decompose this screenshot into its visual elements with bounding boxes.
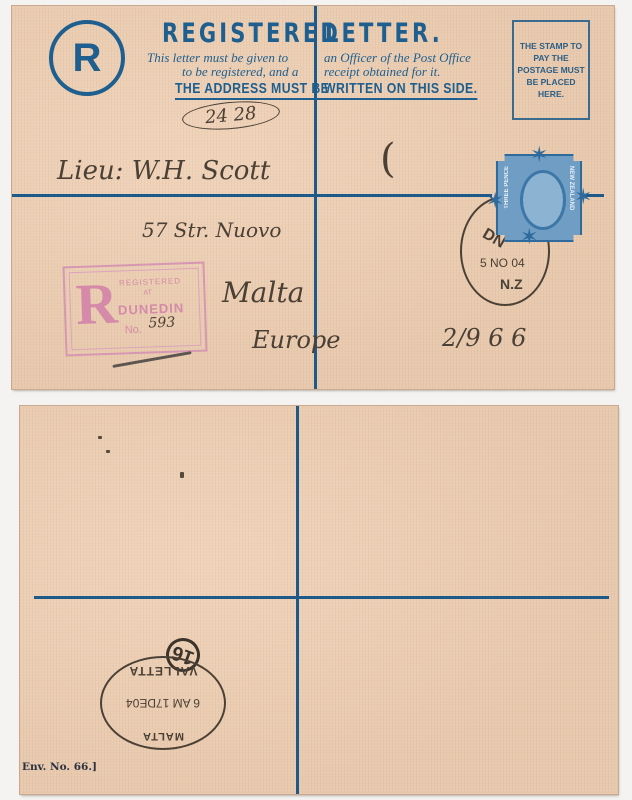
title-letter: LETTER. [325,18,443,49]
stamp-placement-box: THE STAMP TO PAY THE POSTAGE MUST BE PLA… [512,20,590,120]
postmark-country: MALTA [102,730,224,742]
valletta-postmark: MALTA 6 AM 17DE04 VALLETTA [100,656,226,750]
instruction-right-2: receipt obtained for it. [324,64,441,80]
star-icon: ✶ [530,144,548,166]
vertical-blue-rule [296,406,299,794]
label-no: No. [125,324,143,337]
handwritten-addressee: Lieu: W.H. Scott [57,156,270,186]
king-portrait-icon [520,170,566,230]
handwritten-bracket: ( [380,136,396,182]
stain [106,450,110,453]
handwritten-country: Europe [252,326,340,354]
handwritten-reference: 24 28 [181,98,281,133]
handwritten-number: 2/9 6 6 [442,324,526,352]
registration-r: R [75,275,119,334]
postmark-date: 6 AM 17DE04 [102,696,224,710]
stain [98,436,102,439]
star-icon: ✶ [486,190,504,212]
stain [180,472,184,478]
envelope-front: R REGISTERED LETTER. This letter must be… [12,6,614,389]
star-icon: ✶ [574,186,592,208]
registered-r-circle-icon: R [49,20,125,96]
envelope-number: Env. No. 66.] [22,761,97,773]
postmark-city: VALLETTA [102,664,224,678]
horizontal-blue-rule [34,596,609,599]
horizontal-blue-rule-mid [152,194,492,197]
handwritten-city: Malta [222,276,304,309]
title-registered: REGISTERED [162,18,341,49]
handwritten-street: 57 Str. Nuovo [142,218,281,242]
postmark-date: 5 NO 04 [480,256,525,270]
label-number: 593 [148,315,175,332]
horizontal-blue-rule-left [12,194,152,197]
star-icon: ✶ [520,226,538,248]
address-instruction-left: THE ADDRESS MUST BE [175,80,329,100]
postmark-country: N.Z [500,276,523,292]
envelope-back: 16 MALTA 6 AM 17DE04 VALLETTA Env. No. 6… [20,406,618,794]
r-letter: R [73,36,102,81]
stamp-value-text: THREE PENCE [504,166,510,209]
dunedin-registration-label: R REGISTERED AT DUNEDIN No. 593 [62,262,207,357]
label-at: AT [143,289,152,296]
new-zealand-stamp: THREE PENCE NEW ZEALAND [496,154,582,242]
address-instruction-right: WRITTEN ON THIS SIDE. [324,80,477,100]
instruction-left-2: to be registered, and a [182,64,298,80]
